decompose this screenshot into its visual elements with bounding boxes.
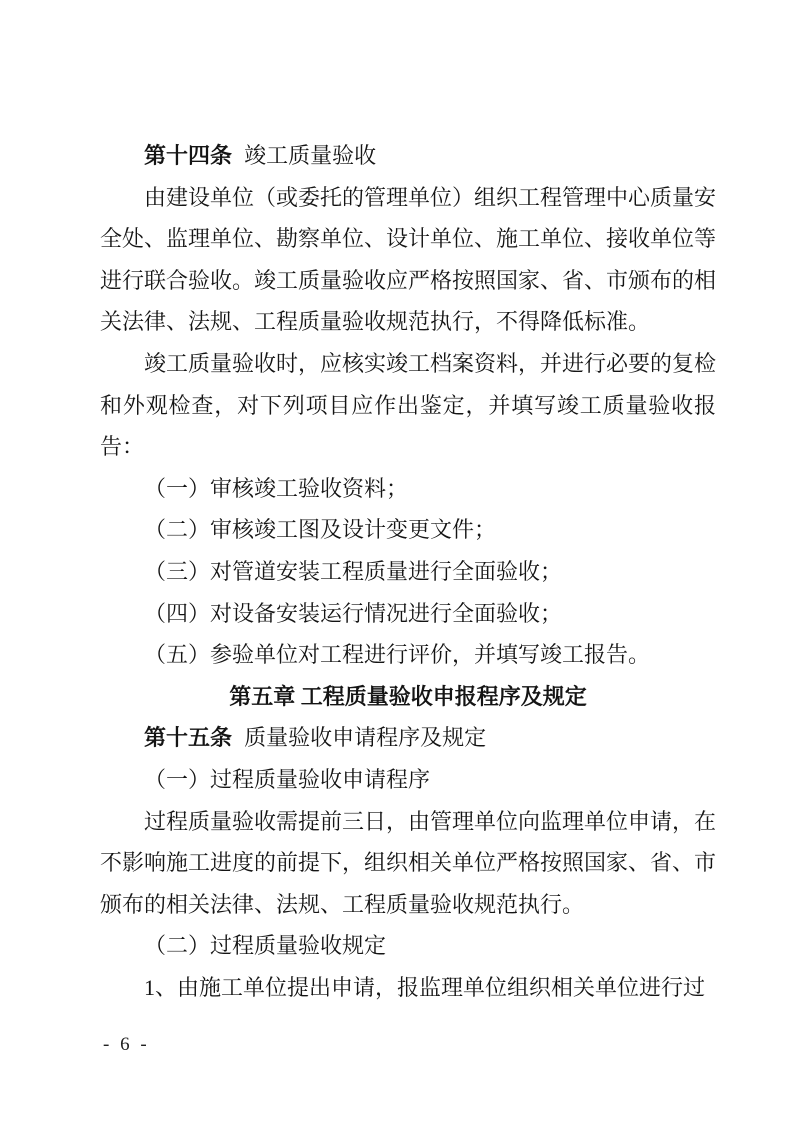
document-content: 第十四条竣工质量验收 由建设单位（或委托的管理单位）组织工程管理中心质量安全处、… [100, 135, 716, 1008]
article-14-heading: 第十四条竣工质量验收 [100, 135, 716, 177]
list-item-5: （五）参验单位对工程进行评价，并填写竣工报告。 [100, 634, 716, 676]
sub-heading-2: （二）过程质量验收规定 [100, 925, 716, 967]
paragraph-process-apply: 过程质量验收需提前三日，由管理单位向监理单位申请，在不影响施工进度的前提下，组织… [100, 801, 716, 926]
chapter-5-heading: 第五章 工程质量验收申报程序及规定 [100, 676, 716, 718]
list-item-3: （三）对管道安装工程质量进行全面验收； [100, 551, 716, 593]
list-item-1: （一）审核竣工验收资料； [100, 468, 716, 510]
paragraph-process-rule-1: 1、由施工单位提出申请，报监理单位组织相关单位进行过 [100, 967, 716, 1009]
paragraph-acceptance-check: 竣工质量验收时，应核实竣工档案资料，并进行必要的复检和外观检查，对下列项目应作出… [100, 343, 716, 468]
document-page: 第十四条竣工质量验收 由建设单位（或委托的管理单位）组织工程管理中心质量安全处、… [0, 0, 800, 1131]
article-15-label: 第十五条 [144, 725, 232, 750]
article-15-heading: 第十五条质量验收申请程序及规定 [100, 717, 716, 759]
list-item-4: （四）对设备安装运行情况进行全面验收； [100, 593, 716, 635]
article-14-label: 第十四条 [144, 143, 232, 168]
article-14-title: 竣工质量验收 [244, 143, 376, 168]
list-item-2: （二）审核竣工图及设计变更文件； [100, 509, 716, 551]
sub-heading-1: （一）过程质量验收申请程序 [100, 759, 716, 801]
paragraph-acceptance-organization: 由建设单位（或委托的管理单位）组织工程管理中心质量安全处、监理单位、勘察单位、设… [100, 177, 716, 343]
page-number: - 6 - [103, 1034, 150, 1056]
article-15-title: 质量验收申请程序及规定 [244, 725, 486, 750]
